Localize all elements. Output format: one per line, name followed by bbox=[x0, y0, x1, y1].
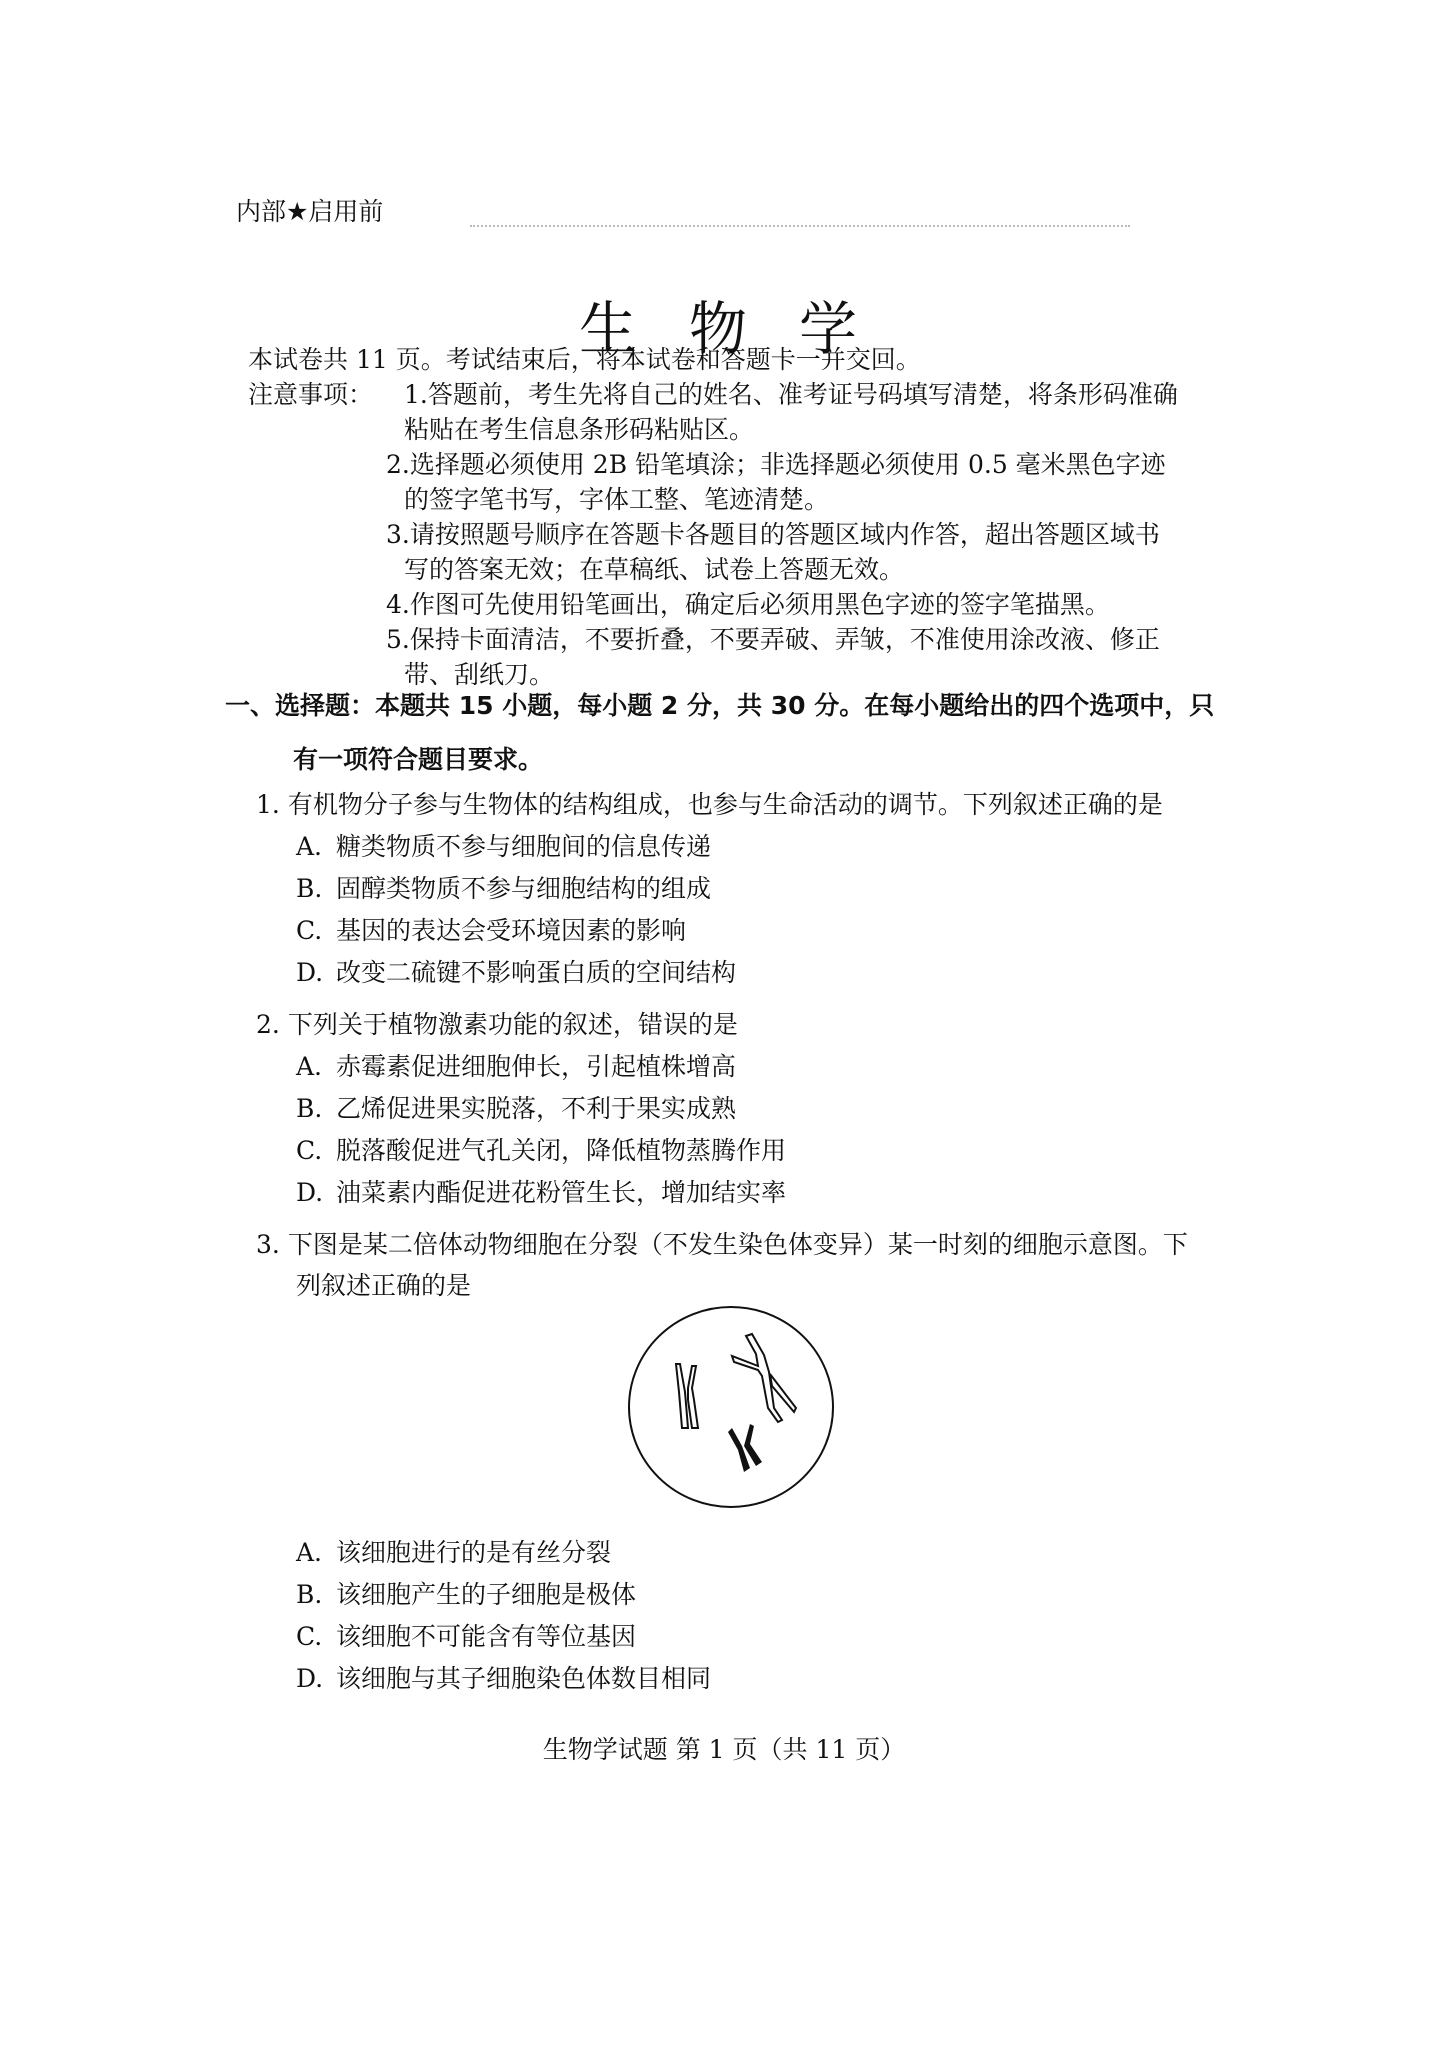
option-letter: A. bbox=[296, 832, 336, 861]
option-letter: D. bbox=[296, 958, 336, 987]
question-stem: 有机物分子参与生物体的结构组成，也参与生命活动的调节。下列叙述正确的是 bbox=[288, 790, 1163, 819]
question-1-option-d: D.改变二硫键不影响蛋白质的空间结构 bbox=[296, 953, 736, 989]
question-1-option-c: C.基因的表达会受环境因素的影响 bbox=[296, 911, 686, 947]
exam-intro: 本试卷共 11 页。考试结束后，将本试卷和答题卡一并交回。 bbox=[248, 342, 921, 378]
note-2-line1: 2.选择题必须使用 2B 铅笔填涂；非选择题必须使用 0.5 毫米黑色字迹 bbox=[386, 447, 1166, 483]
question-number: 1. bbox=[256, 790, 280, 819]
question-2: 2. 下列关于植物激素功能的叙述，错误的是 bbox=[256, 1005, 738, 1041]
note-3-line2: 写的答案无效；在草稿纸、试卷上答题无效。 bbox=[404, 552, 904, 588]
option-letter: A. bbox=[296, 1538, 336, 1567]
question-2-option-d: D.油菜素内酯促进花粉管生长，增加结实率 bbox=[296, 1173, 786, 1209]
option-text: 赤霉素促进细胞伸长，引起植株增高 bbox=[336, 1052, 736, 1081]
chromosome-long-outline-icon bbox=[732, 1334, 796, 1422]
question-1-option-a: A.糖类物质不参与细胞间的信息传递 bbox=[296, 827, 711, 863]
option-text: 固醇类物质不参与细胞结构的组成 bbox=[336, 874, 711, 903]
option-letter: D. bbox=[296, 1664, 336, 1693]
question-2-option-c: C.脱落酸促进气孔关闭，降低植物蒸腾作用 bbox=[296, 1131, 786, 1167]
confidential-stamp: 内部★启用前 bbox=[236, 192, 383, 228]
question-2-option-a: A.赤霉素促进细胞伸长，引起植株增高 bbox=[296, 1047, 736, 1083]
option-text: 糖类物质不参与细胞间的信息传递 bbox=[336, 832, 711, 861]
note-1-line2: 粘贴在考生信息条形码粘贴区。 bbox=[404, 412, 754, 448]
option-text: 该细胞与其子细胞染色体数目相同 bbox=[336, 1664, 711, 1693]
option-text: 基因的表达会受环境因素的影响 bbox=[336, 916, 686, 945]
note-4-line1: 4.作图可先使用铅笔画出，确定后必须用黑色字迹的签字笔描黑。 bbox=[386, 587, 1110, 623]
question-1: 1. 有机物分子参与生物体的结构组成，也参与生命活动的调节。下列叙述正确的是 bbox=[256, 785, 1163, 821]
chromosome-solid-icon bbox=[728, 1424, 762, 1472]
chromosome-outline-icon bbox=[676, 1364, 698, 1428]
option-letter: A. bbox=[296, 1052, 336, 1081]
option-letter: B. bbox=[296, 1580, 336, 1609]
question-1-option-b: B.固醇类物质不参与细胞结构的组成 bbox=[296, 869, 711, 905]
section-heading-cont: 有一项符合题目要求。 bbox=[293, 740, 543, 776]
option-letter: B. bbox=[296, 874, 336, 903]
question-3-option-d: D.该细胞与其子细胞染色体数目相同 bbox=[296, 1659, 711, 1695]
note-5-line1: 5.保持卡面清洁，不要折叠，不要弄破、弄皱，不准使用涂改液、修正 bbox=[386, 622, 1160, 658]
question-stem: 下列关于植物激素功能的叙述，错误的是 bbox=[288, 1010, 738, 1039]
question-3-option-b: B.该细胞产生的子细胞是极体 bbox=[296, 1575, 636, 1611]
option-text: 脱落酸促进气孔关闭，降低植物蒸腾作用 bbox=[336, 1136, 786, 1165]
option-text: 该细胞进行的是有丝分裂 bbox=[336, 1538, 611, 1567]
note-1-line1: 1.答题前，考生先将自己的姓名、准考证号码填写清楚，将条形码准确 bbox=[404, 377, 1178, 413]
note-3-line1: 3.请按照题号顺序在答题卡各题目的答题区域内作答，超出答题区域书 bbox=[386, 517, 1160, 553]
question-number: 2. bbox=[256, 1010, 280, 1039]
question-3: 3. 下图是某二倍体动物细胞在分裂（不发生染色体变异）某一时刻的细胞示意图。下 bbox=[256, 1225, 1188, 1261]
option-letter: C. bbox=[296, 916, 336, 945]
option-letter: C. bbox=[296, 1136, 336, 1165]
section-heading: 一、选择题：本题共 15 小题，每小题 2 分，共 30 分。在每小题给出的四个… bbox=[225, 686, 1214, 722]
question-2-option-b: B.乙烯促进果实脱落，不利于果实成熟 bbox=[296, 1089, 736, 1125]
option-text: 油菜素内酯促进花粉管生长，增加结实率 bbox=[336, 1178, 786, 1207]
cell-diagram-figure bbox=[624, 1300, 874, 1520]
notes-label: 注意事项： bbox=[248, 377, 373, 413]
note-2-line2: 的签字笔书写，字体工整、笔迹清楚。 bbox=[404, 482, 829, 518]
option-text: 乙烯促进果实脱落，不利于果实成熟 bbox=[336, 1094, 736, 1123]
dotted-divider bbox=[470, 225, 1130, 227]
question-number: 3. bbox=[256, 1230, 280, 1259]
option-letter: B. bbox=[296, 1094, 336, 1123]
question-stem: 下图是某二倍体动物细胞在分裂（不发生染色体变异）某一时刻的细胞示意图。下 bbox=[288, 1230, 1188, 1259]
question-3-option-c: C.该细胞不可能含有等位基因 bbox=[296, 1617, 636, 1653]
option-letter: C. bbox=[296, 1622, 336, 1651]
question-3-option-a: A.该细胞进行的是有丝分裂 bbox=[296, 1533, 611, 1569]
question-3-stem-cont: 列叙述正确的是 bbox=[296, 1266, 471, 1302]
option-letter: D. bbox=[296, 1178, 336, 1207]
option-text: 该细胞不可能含有等位基因 bbox=[336, 1622, 636, 1651]
page-footer: 生物学试题 第 1 页（共 11 页） bbox=[0, 1730, 1448, 1766]
option-text: 该细胞产生的子细胞是极体 bbox=[336, 1580, 636, 1609]
option-text: 改变二硫键不影响蛋白质的空间结构 bbox=[336, 958, 736, 987]
